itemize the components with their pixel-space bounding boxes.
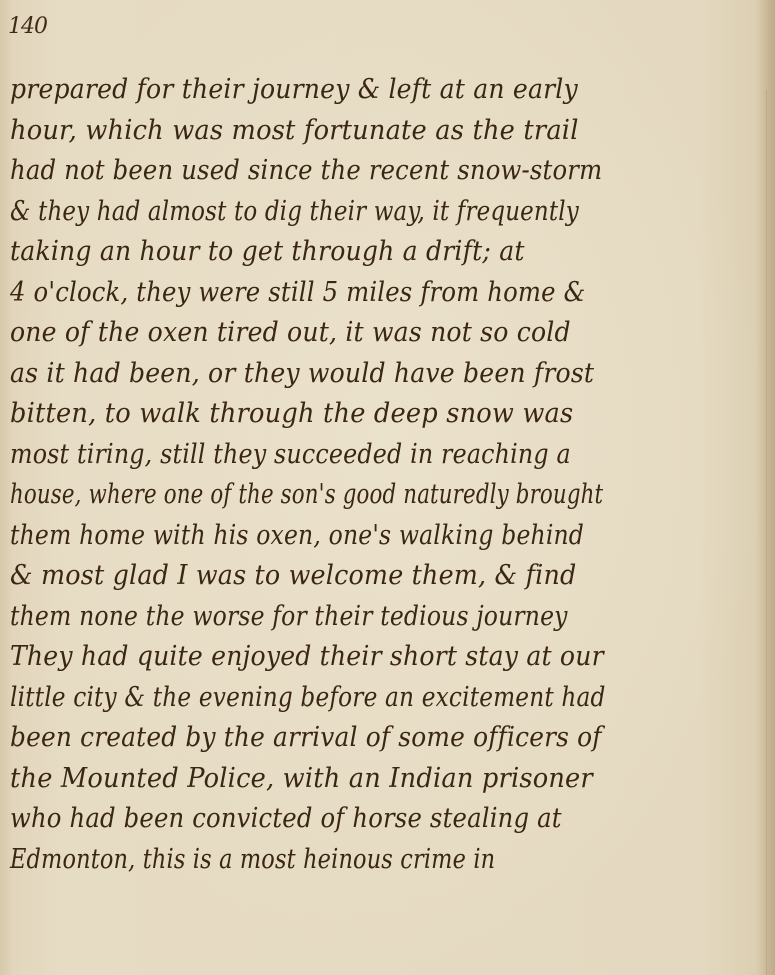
- text-line: & most glad I was to welcome them, & fin…: [10, 556, 720, 597]
- text-line: & they had almost to dig their way, it f…: [10, 192, 652, 233]
- text-line: most tiring, still they succeeded in rea…: [10, 435, 674, 476]
- text-line: as it had been, or they would have been …: [10, 354, 712, 395]
- text-line: Edmonton, this is a most heinous crime i…: [10, 840, 637, 881]
- handwritten-text-body: prepared for their journey & left at an …: [10, 70, 765, 880]
- text-line: bitten, to walk through the deep snow wa…: [10, 394, 727, 435]
- text-line: taking an hour to get through a drift; a…: [10, 232, 712, 273]
- text-line: prepared for their journey & left at an …: [10, 70, 712, 111]
- text-line: one of the oxen tired out, it was not so…: [10, 313, 712, 354]
- text-line: 4 o'clock, they were still 5 miles from …: [10, 273, 690, 314]
- manuscript-page: 140 prepared for their journey & left at…: [0, 0, 775, 975]
- text-line: the Mounted Police, with an Indian priso…: [10, 759, 727, 800]
- text-line: house, where one of the son's good natur…: [10, 475, 606, 516]
- text-line: who had been convicted of horse stealing…: [10, 799, 690, 840]
- text-line: them home with his oxen, one's walking b…: [10, 516, 667, 557]
- text-line: hour, which was most fortunate as the tr…: [10, 111, 727, 152]
- text-line: little city & the evening before an exci…: [10, 678, 659, 719]
- text-line: them none the worse for their tedious jo…: [10, 597, 667, 638]
- page-number: 140: [8, 14, 47, 39]
- page-fold-line: [766, 90, 767, 975]
- text-line: been created by the arrival of some offi…: [10, 718, 705, 759]
- text-line: had not been used since the recent snow-…: [10, 151, 690, 192]
- text-line: They had quite enjoyed their short stay …: [10, 637, 712, 678]
